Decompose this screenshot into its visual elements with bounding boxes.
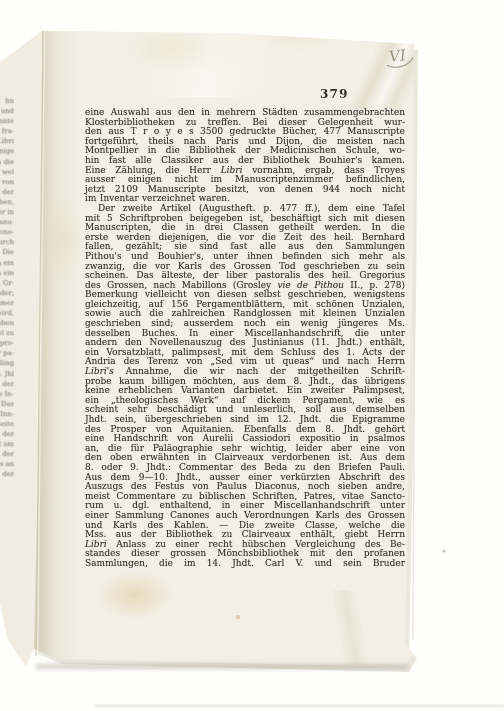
gutter-fragment: n weder; (0, 288, 14, 298)
scanned-book-page: hnbei undt, konnted zu fra-Herr Librich … (0, 0, 504, 711)
gutter-fragment: ergeben, (0, 197, 14, 207)
gutter-fragment: ster pa- (0, 348, 14, 358)
gutter-fragment: n. Die (0, 247, 14, 257)
gutter-fragment: nen ein (0, 268, 14, 278)
dust-speck (443, 550, 446, 553)
gutter-fragment: ch einige (0, 146, 14, 156)
gutter-fragment: ern, Gr- (0, 278, 14, 288)
gutter-fragment: t, der (0, 379, 14, 389)
gutter-fragment: d zu fra- (0, 126, 14, 136)
gutter-fragment: immer (0, 298, 14, 308)
scanner-edge-line (95, 705, 504, 707)
gutter-fragment: hn (0, 96, 14, 106)
gutter-fragment: n der (0, 449, 14, 459)
gutter-fragment: n. Das (0, 399, 14, 409)
gutter-fragment: den der (0, 429, 14, 439)
gutter-fragment: spiel der (0, 187, 14, 197)
gutter-fragment: alle In- (0, 389, 14, 399)
text-block: eine Auswahl aus den in mehrern Städten … (85, 109, 405, 570)
gutter-fragment: 794 durch (0, 237, 14, 247)
gutter-fragment: täten wel (0, 167, 14, 177)
gutter-fragment: zierter in (0, 207, 14, 217)
gutter-fragment: em ein (0, 258, 14, 268)
page-leaf: 379 eine Auswahl aus den in mehrern Städ… (0, 0, 504, 711)
page-number: 379 (320, 87, 349, 101)
text-line: Sammlungen, die im 14. Jhdt. Carl V. und… (85, 560, 405, 570)
gutter-fragment: is an (0, 459, 14, 469)
gutter-fragment: r Seite (0, 419, 14, 429)
gutter-fragment: n Inn- (0, 409, 14, 419)
corner-crease (295, 14, 425, 109)
gutter-fragment: h eben (0, 318, 14, 328)
bottom-edge-shadow (36, 664, 408, 669)
gutter-fragment: ige pro- (0, 338, 14, 348)
gutter-fragment: chel zu (0, 328, 14, 338)
gutter-fragment: n wird, (0, 308, 14, 318)
gutter-fragment: de hono- (0, 227, 14, 237)
gutter-fragment: der (0, 469, 14, 479)
facing-page-text-edge: hnbei undt, konnted zu fra-Herr Librich … (0, 96, 14, 488)
gutter-fragments: hnbei undt, konnted zu fra-Herr Librich … (0, 96, 14, 480)
gutter-fragment: Herr Libri (0, 136, 14, 146)
gutter-fragment: t, konnte (0, 116, 14, 126)
gutter-fragment: 000 Manu- (0, 217, 14, 227)
bottom-crease (290, 590, 410, 665)
gutter-fragment: ib. Jhl (0, 369, 14, 379)
gutter-fragment: hählling (0, 358, 14, 368)
gutter-fragment: anzen die (0, 157, 14, 167)
gutter-fragment: lt am (0, 439, 14, 449)
gutter-fragment: oden von (0, 177, 14, 187)
gutter-fragment: bei und (0, 106, 14, 116)
